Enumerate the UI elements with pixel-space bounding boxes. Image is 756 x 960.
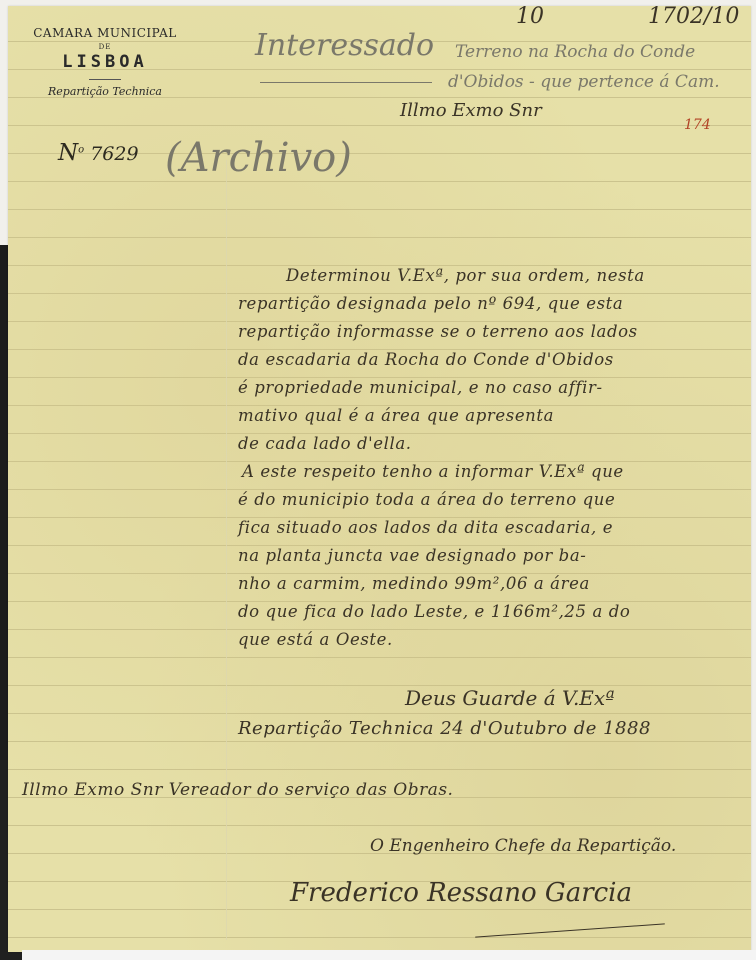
date-line: Repartição Technica 24 d'Outubro de 1888 — [238, 718, 651, 739]
body-line: de cada lado d'ella. — [238, 430, 748, 458]
body-line: é do municipio toda a área do terreno qu… — [238, 486, 748, 514]
number-prefix: N — [58, 140, 78, 166]
body-line: nho a carmim, medindo 99m²,06 a área — [238, 570, 748, 598]
body-line: repartição informasse se o terreno aos l… — [238, 318, 748, 346]
annotation-pencil-line-2: d'Obidos - que pertence á Cam. — [448, 72, 720, 92]
body-line: na planta juncta vae designado por ba- — [238, 542, 748, 570]
document-number: No 7629 — [58, 140, 139, 166]
body-line: fica situado aos lados da dita escadaria… — [238, 514, 748, 542]
annotation-number-10: 10 — [516, 4, 544, 29]
letter-body: Determinou V.Exª, por sua ordem, nesta r… — [238, 262, 748, 654]
letterhead-rule — [89, 79, 121, 80]
annotation-reference: 1702/10 — [648, 4, 739, 29]
number-prefix-sup: o — [78, 145, 84, 156]
margin-line — [226, 160, 227, 940]
body-line: da escadaria da Rocha do Conde d'Obidos — [238, 346, 748, 374]
body-line: do que fica do lado Leste, e 1166m²,25 a… — [238, 598, 748, 626]
body-line: repartição designada pelo nº 694, que es… — [238, 290, 748, 318]
closing-phrase: Deus Guarde á V.Exª — [405, 686, 615, 710]
body-line: que está a Oeste. — [238, 626, 748, 654]
red-folio-number: 174 — [684, 117, 711, 133]
signatory-title: O Engenheiro Chefe da Repartição. — [370, 836, 676, 856]
body-line: A este respeito tenho a informar V.Exª q… — [238, 458, 748, 486]
annotation-pencil-line-1: Terreno na Rocha do Conde — [455, 42, 695, 62]
letterhead-department: Repartição Technica — [30, 85, 180, 98]
body-line: mativo qual é a área que apresenta — [238, 402, 748, 430]
letterhead: Camara Municipal de LISBOA Repartição Te… — [30, 26, 180, 98]
body-line: é propriedade municipal, e no caso affir… — [238, 374, 748, 402]
annotation-interessado: Interessado — [255, 28, 434, 63]
letterhead-camara: Camara Municipal — [30, 26, 180, 40]
body-line: Determinou V.Exª, por sua ordem, nesta — [238, 262, 748, 290]
annotation-underline — [260, 82, 432, 83]
page-bottom-edge — [22, 950, 756, 960]
signature: Frederico Ressano Garcia — [290, 878, 632, 908]
salutation: Illmo Exmo Snr — [400, 100, 542, 121]
letterhead-lisboa: LISBOA — [30, 52, 180, 72]
letterhead-de: de — [30, 43, 180, 51]
addressee: Illmo Exmo Snr Vereador do serviço das O… — [22, 780, 453, 800]
number-value: 7629 — [90, 143, 138, 165]
annotation-arquivo: (Archivo) — [165, 135, 352, 181]
